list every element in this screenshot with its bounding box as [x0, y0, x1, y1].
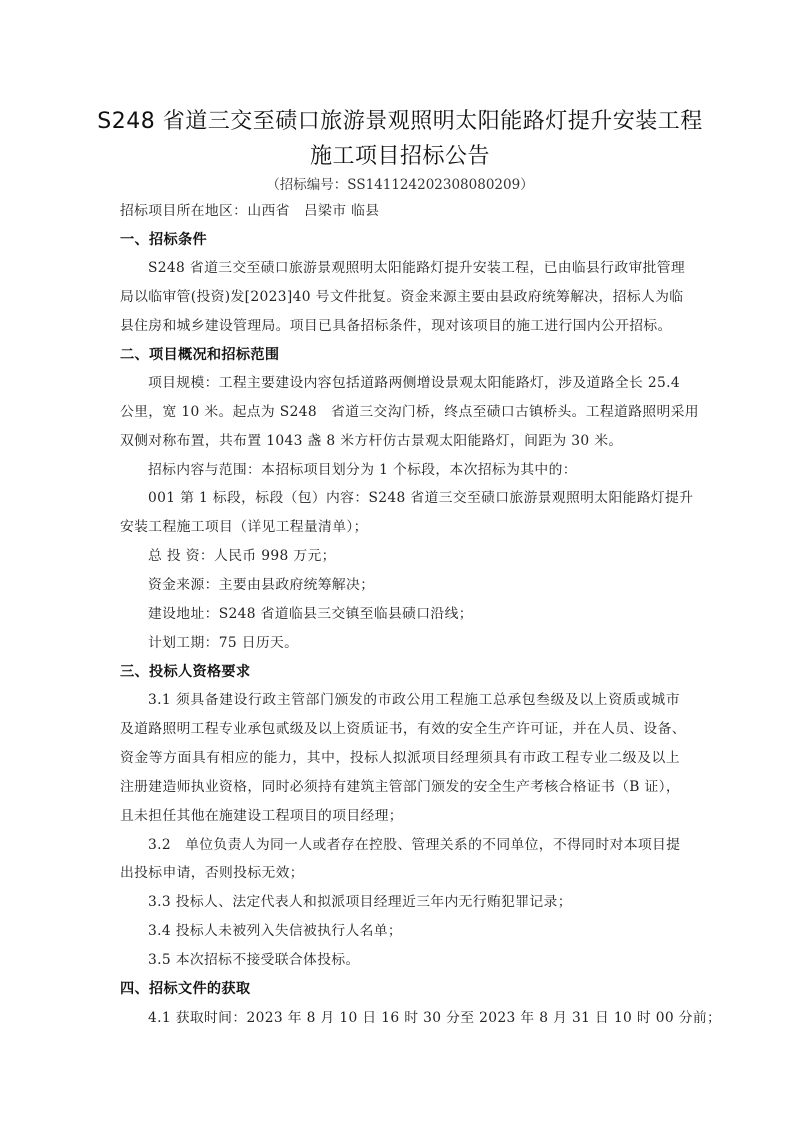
document-page: S248 省道三交至碛口旅游景观照明太阳能路灯提升安装工程 施工项目招标公告 （…: [0, 0, 800, 1131]
lot-description-line: 001 第 1 标段，标段（包）内容：S248 省道三交至碛口旅游景观照明太阳能…: [148, 488, 680, 508]
planned-duration: 计划工期：75 日历天。: [148, 633, 680, 653]
paragraph-line: 公里，宽 10 米。起点为 S248 省道三交沟门桥，终点至碛口古镇桥头。工程道…: [120, 402, 680, 422]
section-heading-document-acquisition: 四、招标文件的获取: [120, 979, 680, 999]
project-region: 招标项目所在地区：山西省 吕梁市 临县: [120, 201, 680, 221]
paragraph-line: 县住房和城乡建设管理局。项目已具备招标条件，现对该项目的施工进行国内公开招标。: [120, 316, 680, 336]
paragraph-line: S248 省道三交至碛口旅游景观照明太阳能路灯提升安装工程，已由临县行政审批管理: [148, 258, 680, 278]
tender-code: （招标编号：SS141124202308080209）: [0, 173, 800, 193]
section-heading-project-overview: 二、项目概况和招标范围: [120, 345, 680, 365]
total-investment: 总 投 资：人民币 998 万元；: [148, 546, 680, 566]
section-heading-bidder-qualifications: 三、投标人资格要求: [120, 662, 680, 682]
paragraph-line: 项目规模：工程主要建设内容包括道路两侧增设景观太阳能路灯，涉及道路全长 25.4: [148, 373, 680, 393]
section-heading-bidding-conditions: 一、招标条件: [120, 230, 680, 250]
paragraph-line: 出投标申请，否则投标无效；: [120, 863, 680, 883]
paragraph-line: 资金等方面具有相应的能力，其中，投标人拟派项目经理须具有市政工程专业二级及以上: [120, 748, 680, 768]
paragraph-line: 注册建造师执业资格，同时必须持有建筑主管部门颁发的安全生产考核合格证书（B 证）…: [120, 777, 680, 797]
paragraph-line: 且未担任其他在施建设工程项目的项目经理；: [120, 806, 680, 826]
document-title-line1: S248 省道三交至碛口旅游景观照明太阳能路灯提升安装工程: [0, 104, 800, 135]
paragraph-line: 3.1 须具备建设行政主管部门颁发的市政公用工程施工总承包叁级及以上资质或城市: [148, 690, 680, 710]
funding-source: 资金来源：主要由县政府统筹解决；: [148, 575, 680, 595]
construction-address: 建设地址：S248 省道临县三交镇至临县碛口沿线；: [148, 604, 680, 624]
paragraph-line: 3.3 投标人、法定代表人和拟派项目经理近三年内无行贿犯罪记录；: [148, 892, 680, 912]
paragraph-line: 招标内容与范围：本招标项目划分为 1 个标段，本次招标为其中的：: [148, 460, 680, 480]
paragraph-line: 双侧对称布置，共布置 1043 盏 8 米方杆仿古景观太阳能路灯，间距为 30 …: [120, 431, 680, 451]
lot-description-line: 安装工程施工项目（详见工程量清单）；: [120, 517, 680, 537]
paragraph-line: 3.4 投标人未被列入失信被执行人名单；: [148, 921, 680, 941]
paragraph-line: 及道路照明工程专业承包贰级及以上资质证书，有效的安全生产许可证，并在人员、设备、: [120, 719, 680, 739]
acquisition-time: 4.1 获取时间：2023 年 8 月 10 日 16 时 30 分至 2023…: [148, 1008, 680, 1028]
document-title-line2: 施工项目招标公告: [0, 139, 800, 170]
paragraph-line: 3.5 本次招标不接受联合体投标。: [148, 950, 680, 970]
paragraph-line: 3.2 单位负责人为同一人或者存在控股、管理关系的不同单位，不得同时对本项目提: [148, 835, 680, 855]
paragraph-line: 局以临审管(投资)发[2023]40 号文件批复。资金来源主要由县政府统筹解决，…: [120, 287, 680, 307]
